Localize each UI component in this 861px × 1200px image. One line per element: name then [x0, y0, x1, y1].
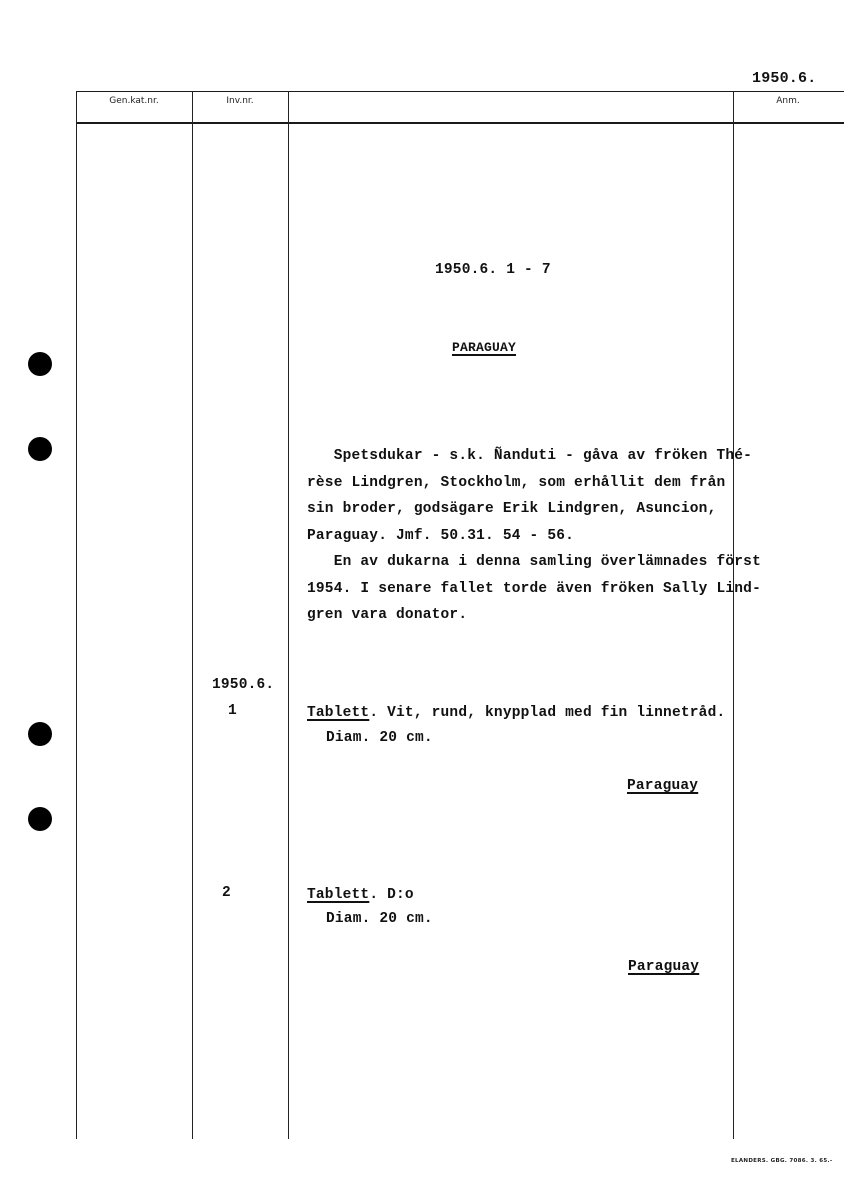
- entry-text: . D:o: [369, 887, 414, 903]
- description-line: gren vara donator.: [307, 602, 761, 629]
- punch-hole-4: [28, 807, 52, 831]
- description-line: En av dukarna i denna samling överlämnad…: [307, 549, 761, 576]
- column-divider-genkat: [192, 91, 193, 1139]
- description-line: Paraguay. Jmf. 50.31. 54 - 56.: [307, 523, 761, 550]
- entry-title: Tablett: [307, 705, 369, 721]
- collection-range: 1950.6. 1 - 7: [435, 262, 551, 278]
- column-header-inv-nr: Inv.nr.: [192, 96, 288, 106]
- column-header-anm: Anm.: [733, 96, 843, 106]
- description-line: 1954. I senare fallet torde även fröken …: [307, 576, 761, 603]
- entry-description: Tablett. D:o: [307, 885, 414, 903]
- page-number: 1950.6.: [752, 70, 816, 87]
- entry-title: Tablett: [307, 887, 369, 903]
- column-header-gen-kat-nr: Gen.kat.nr.: [76, 96, 192, 106]
- printer-mark: ELANDERS. GBG. 7086. 3. 65.-: [731, 1158, 832, 1164]
- collection-description: Spetsdukar - s.k. Ñanduti - gåva av frök…: [307, 443, 761, 629]
- country-heading: PARAGUAY: [452, 340, 516, 355]
- entry-description: Tablett. Vit, rund, knypplad med fin lin…: [307, 703, 725, 721]
- entry-inv-nr: 2: [222, 885, 231, 901]
- description-line: rèse Lindgren, Stockholm, som erhållit d…: [307, 470, 761, 497]
- entry-dimension: Diam. 20 cm.: [326, 911, 433, 927]
- entry-inv-prefix: 1950.6.: [212, 677, 274, 693]
- punch-hole-1: [28, 352, 52, 376]
- punch-hole-2: [28, 437, 52, 461]
- entry-dimension: Diam. 20 cm.: [326, 730, 433, 746]
- punch-hole-3: [28, 722, 52, 746]
- entry-origin: Paraguay: [627, 778, 698, 794]
- description-line: sin broder, godsägare Erik Lindgren, Asu…: [307, 496, 761, 523]
- column-divider-left: [76, 91, 77, 1139]
- entry-origin: Paraguay: [628, 959, 699, 975]
- entry-inv-nr: 1: [228, 703, 237, 719]
- column-divider-inv: [288, 91, 289, 1139]
- description-line: Spetsdukar - s.k. Ñanduti - gåva av frök…: [307, 443, 761, 470]
- entry-text: . Vit, rund, knypplad med fin linnetråd.: [369, 705, 725, 721]
